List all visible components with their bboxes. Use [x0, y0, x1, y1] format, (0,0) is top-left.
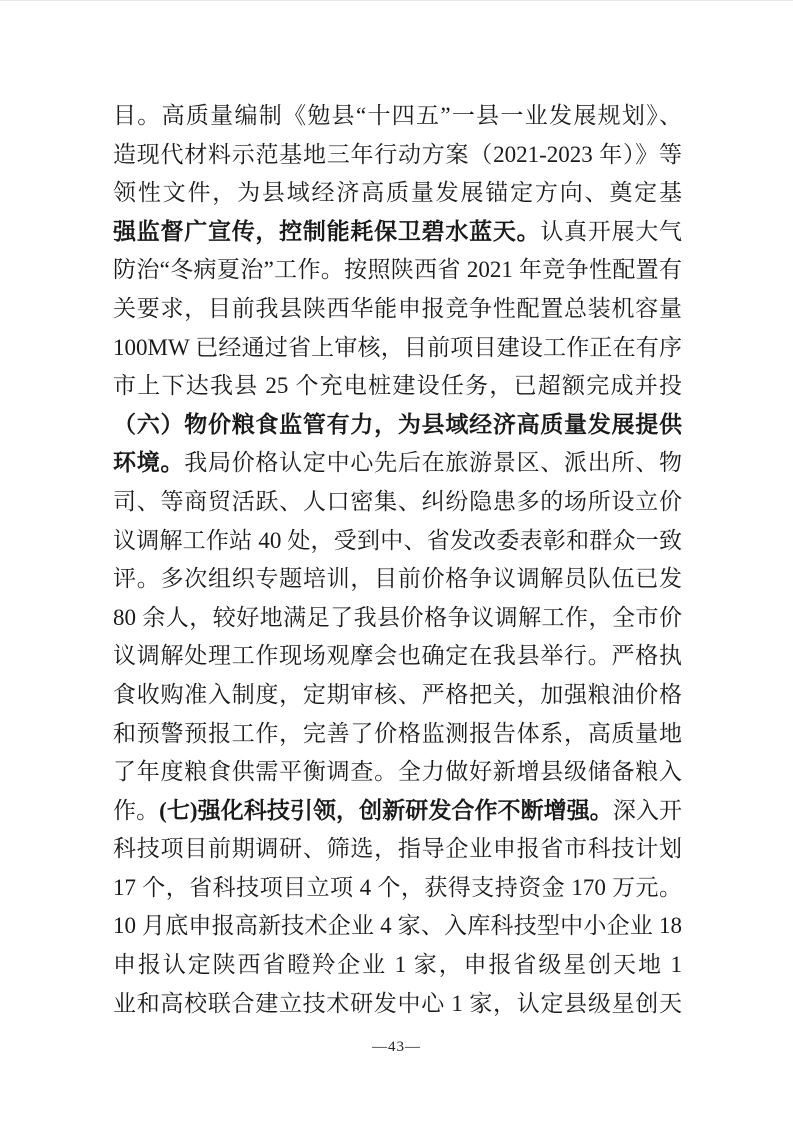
text-segment: 80 余人，较好地满足了我县价格争议调解工作，全市价格争 [113, 605, 682, 638]
text-segment: 申报认定陕西省瞪羚企业 1 家，申报省级星创天地 1 家，企 [113, 952, 682, 985]
text-segment: 议调解处理工作现场观摩会也确定在我县举行。严格执行粮 [113, 643, 682, 676]
text-line: 80 余人，较好地满足了我县价格争议调解工作，全市价格争 [113, 599, 682, 638]
bold-text-segment: (七)强化科技引领，创新研发合作不断增强。 [159, 798, 613, 823]
text-line: 申报认定陕西省瞪羚企业 1 家，申报省级星创天地 1 家，企 [113, 946, 682, 985]
text-line: 防治“冬病夏治”工作。按照陕西省 2021 年竞争性配置有 [113, 251, 682, 290]
text-block: 目。高质量编制《勉县“十四五”一县一业发展规划》、《打造现代材料示范基地三年行动… [113, 97, 682, 1023]
text-line: 17 个，省科技项目立项 4 个，获得支持资金 170 万元。截止 [113, 869, 682, 908]
text-line: 强监督广宣传，控制能耗保卫碧水蓝天。认真开展大气污染 [113, 213, 682, 252]
text-segment: 和预警预报工作，完善了价格监测报告体系，高质量地完成 [113, 721, 682, 754]
text-segment: 防治“冬病夏治”工作。按照陕西省 2021 年竞争性配置有 [113, 257, 682, 282]
text-line: 司、等商贸活跃、人口密集、纠纷隐患多的场所设立价格争 [113, 483, 682, 522]
text-segment: 评。多次组织专题培训，目前价格争议调解员队伍已发展至 [113, 566, 682, 599]
text-line: 评。多次组织专题培训，目前价格争议调解员队伍已发展至 [113, 560, 682, 599]
text-segment: 业和高校联合建立技术研发中心 1 家，认定县级星创天地 1 [113, 991, 682, 1024]
text-segment: 100MW 已经通过省上审核，目前项目建设工作正在有序开展。 [113, 335, 682, 368]
text-line: 作。(七)强化科技引领，创新研发合作不断增强。深入开展 [113, 792, 682, 831]
text-line: 100MW 已经通过省上审核，目前项目建设工作正在有序开展。 [113, 329, 682, 368]
page-number: —43— [0, 1039, 793, 1056]
text-segment: 造现代材料示范基地三年行动方案（2021-2023 年）》等纲 [113, 142, 682, 175]
document-page: 目。高质量编制《勉县“十四五”一县一业发展规划》、《打造现代材料示范基地三年行动… [0, 0, 793, 1122]
text-line: （六）物价粮食监管有力，为县域经济高质量发展提供稳定 [113, 406, 682, 445]
text-segment: 科技项目前期调研、筛选，指导企业申报省市科技计划项目 [113, 836, 682, 869]
text-line: 议调解工作站 40 处，受到中、省发改委表彰和群众一致好 [113, 522, 682, 561]
text-line: 环境。我局价格认定中心先后在旅游景区、派出所、物业公 [113, 444, 682, 483]
text-line: 造现代材料示范基地三年行动方案（2021-2023 年）》等纲 [113, 136, 682, 175]
text-line: 关要求，目前我县陕西华能申报竞争性配置总装机容量 [113, 290, 682, 329]
text-line: 业和高校联合建立技术研发中心 1 家，认定县级星创天地 1 [113, 985, 682, 1024]
text-segment: 目。高质量编制《勉县“十四五”一县一业发展规划》、《打 [113, 103, 682, 136]
text-segment: 我局价格认定中心先后在旅游景区、派出所、物业公 [113, 450, 682, 483]
text-segment: 了年度粮食供需平衡调查。全力做好新增县级储备粮入库工 [113, 759, 682, 792]
text-segment: 司、等商贸活跃、人口密集、纠纷隐患多的场所设立价格争 [113, 489, 682, 522]
text-segment: 议调解工作站 40 处，受到中、省发改委表彰和群众一致好 [113, 528, 682, 561]
text-line: 领性文件，为县域经济高质量发展锚定方向、奠定基础。(五) [113, 174, 682, 213]
text-segment: 10 月底申报高新技术企业 4 家、入库科技型中小企业 18 家， [113, 913, 682, 946]
text-line: 食收购准入制度，定期审核、严格把关，加强粮油价格监测 [113, 676, 682, 715]
bold-text-segment: 环境。 [113, 450, 184, 475]
text-line: 科技项目前期调研、筛选，指导企业申报省市科技计划项目 [113, 830, 682, 869]
text-line: 了年度粮食供需平衡调查。全力做好新增县级储备粮入库工 [113, 753, 682, 792]
text-segment: 领性文件，为县域经济高质量发展锚定方向、奠定基础。 [113, 180, 682, 213]
text-segment: 关要求，目前我县陕西华能申报竞争性配置总装机容量 [113, 296, 682, 321]
text-line: 10 月底申报高新技术企业 4 家、入库科技型中小企业 18 家， [113, 907, 682, 946]
text-line: 目。高质量编制《勉县“十四五”一县一业发展规划》、《打 [113, 97, 682, 136]
bold-text-segment: 强监督广宣传，控制能耗保卫碧水蓝天。 [113, 219, 540, 244]
text-segment: 市上下达我县 25 个充电桩建设任务，已超额完成并投运。 [113, 373, 682, 406]
text-segment: 17 个，省科技项目立项 4 个，获得支持资金 170 万元。截止 [113, 875, 682, 908]
text-line: 议调解处理工作现场观摩会也确定在我县举行。严格执行粮 [113, 637, 682, 676]
text-line: 和预警预报工作，完善了价格监测报告体系，高质量地完成 [113, 715, 682, 754]
bold-text-segment: （六）物价粮食监管有力，为县域经济高质量发展提供稳定 [113, 412, 682, 445]
text-segment: 食收购准入制度，定期审核、严格把关，加强粮油价格监测 [113, 682, 682, 715]
text-segment: 作。 [113, 798, 159, 823]
text-line: 市上下达我县 25 个充电桩建设任务，已超额完成并投运。 [113, 367, 682, 406]
